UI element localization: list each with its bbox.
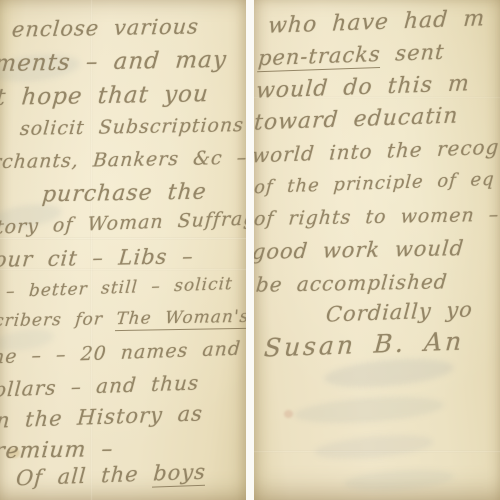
letter-page-left: enclose variousiments – and mayt hope th…: [0, 0, 246, 500]
fold-crease: [0, 237, 246, 240]
handwriting-line: toward educatin: [254, 103, 459, 135]
handwriting-line: ne – – 20 names and: [0, 338, 242, 369]
handwriting-line: would do this m: [255, 71, 470, 104]
handwriting-line: world into the recog: [254, 135, 500, 168]
handwriting-line: of the principle of eq: [254, 169, 495, 198]
handwriting-line: Cordially yo: [325, 297, 474, 326]
letter-scan: enclose variousiments – and mayt hope th…: [0, 0, 500, 500]
handwriting-line: our cit – Libs –: [0, 244, 195, 272]
handwriting-line: enclose various: [11, 14, 200, 41]
handwriting-line: good work would: [254, 236, 465, 264]
bleed-through-streak: [343, 466, 454, 494]
handwriting-line: rchants, Bankers &c –: [0, 147, 246, 173]
handwriting-line: Susan B. An: [263, 326, 465, 362]
handwriting-line: of rights to women –: [254, 204, 500, 230]
handwriting-line: solicit Subscriptions: [19, 114, 245, 140]
underlined-phrase: boys: [152, 460, 207, 488]
fold-crease: [254, 450, 500, 453]
bleed-through-streak: [313, 431, 434, 463]
handwriting-line: cribers for The Woman's: [0, 307, 246, 331]
stain: [284, 410, 293, 418]
handwriting-line: purchase the: [41, 180, 208, 208]
bleed-through-streak: [293, 393, 444, 427]
handwriting-line: t hope that you: [0, 81, 210, 111]
handwriting-line: who have had m: [267, 6, 486, 39]
handwriting-line: Of all the boys: [15, 460, 207, 491]
handwriting-line: ollars – and thus: [0, 370, 200, 401]
handwriting-line: n the History as: [0, 401, 204, 432]
handwriting-line: remium –: [0, 437, 115, 464]
handwriting-line: be accomplished: [255, 269, 449, 296]
underlined-phrase: pen-tracks: [257, 42, 382, 72]
handwriting-line: iments – and may: [0, 47, 228, 77]
handwriting-line: – better still – solicit: [5, 274, 233, 302]
underlined-phrase: The Woman's: [115, 307, 246, 331]
bleed-through-streak: [323, 354, 455, 391]
handwriting-line: tory of Woman Suffrag: [0, 207, 246, 238]
handwriting-line: pen-tracks sent: [257, 40, 445, 71]
letter-page-right: who have had mpen-tracks sentwould do th…: [254, 0, 500, 500]
